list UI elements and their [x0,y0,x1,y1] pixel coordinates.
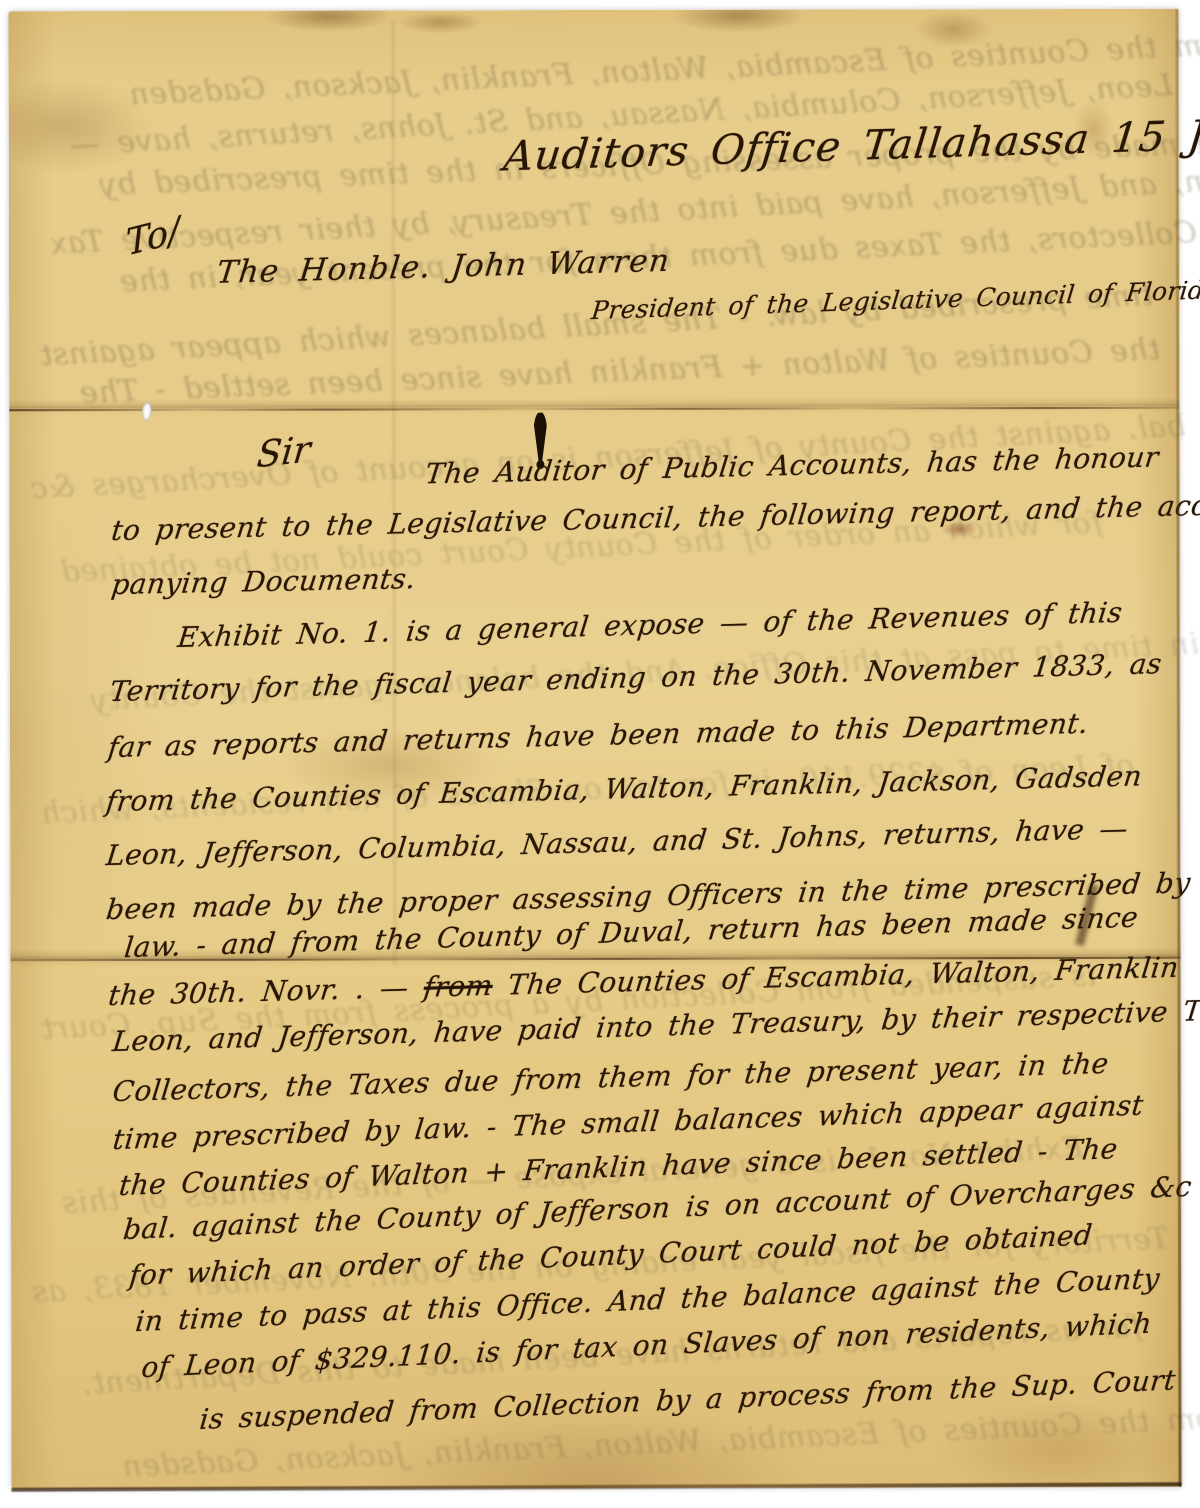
aged-paper-sheet: from the Counties of Escambia, Walton, F… [8,9,1181,1489]
salutation: Sir [255,429,312,476]
recipient-name: The Honble. John Warren [215,243,672,291]
paper-right-edge-shadow [1175,9,1181,1487]
strike-line-post: The Counties of Escambia, Walton, Frankl… [491,951,1181,1002]
bleedthrough-layer: from the Counties of Escambia, Walton, F… [8,9,1178,11]
bleedthrough-ghost-line: the Counties of Walton + Franklin have s… [79,332,1161,411]
dateline: Auditors Office Tallahassa 15 Jany 1834 [501,105,1200,180]
struck-word: from [422,969,495,1004]
handwritten-line: to present to the Legislative Council, t… [110,487,1200,547]
horizontal-fold-crease-upper [9,397,1179,415]
recipient-title: President of the Legislative Council of … [590,275,1200,325]
handwritten-line: Exhibit No. 1. is a general expose — of … [176,596,1124,654]
scanned-letter-page: { "colors":{ "scan_background":"#ffffff"… [0,0,1200,1508]
handwritten-line: Territory for the fiscal year ending on … [108,647,1164,708]
handwritten-line: panying Documents. [110,562,418,601]
horizontal-fold-line-upper [9,407,1179,411]
paper-hole [141,402,152,422]
handwritten-line: from the Counties of Escambia, Walton, F… [104,759,1144,818]
handwritten-line: Leon, Jefferson, Columbia, Nassau, and S… [104,812,1129,872]
vertical-fold-crease [391,20,396,965]
bleedthrough-ghost-line: from the Counties of Escambia, Walton, F… [128,26,1200,112]
address-to-mark: To/ [125,210,181,265]
handwritten-line: far as reports and returns have been mad… [106,707,1090,764]
strike-line-pre: the 30th. Novr. . — [107,971,426,1012]
paper-bottom-edge-shadow [12,1482,1182,1492]
